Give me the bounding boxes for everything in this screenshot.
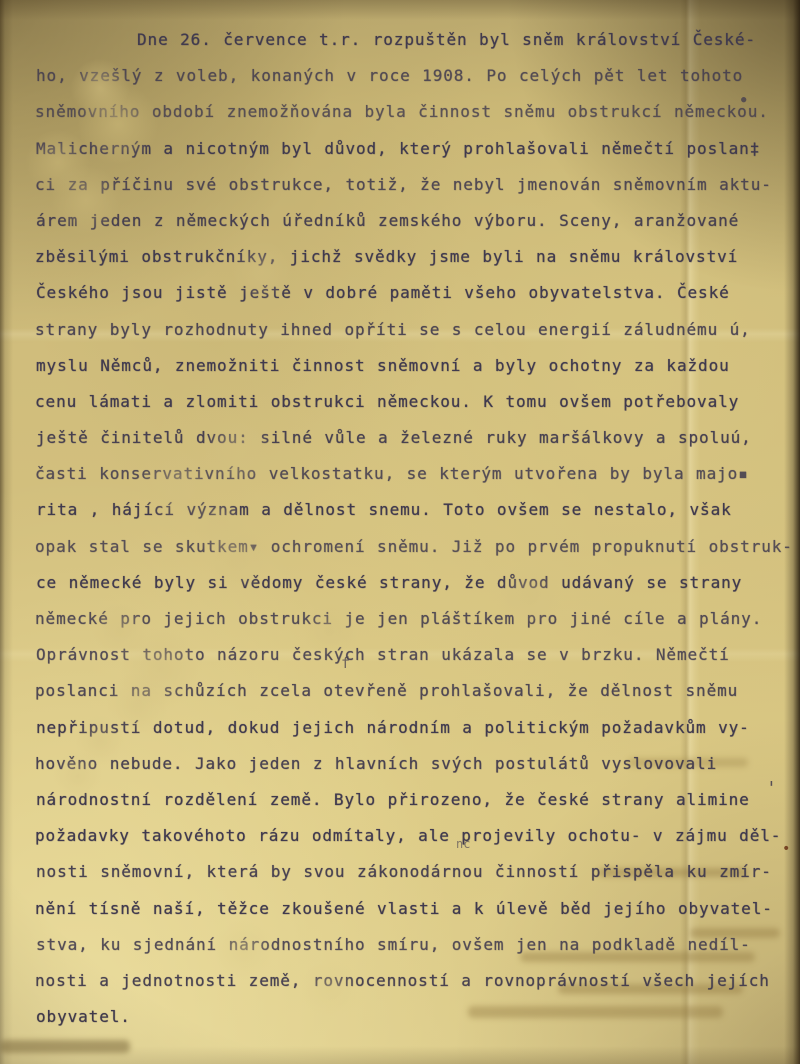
text-line: ce německé byly si vědomy české strany, …: [36, 565, 800, 601]
text-line: německé pro jejich obstrukci je jen pláš…: [35, 601, 800, 637]
text-line: Oprávnost tohoto názoru českých stran uk…: [36, 637, 800, 673]
text-line: obyvatel.: [36, 999, 800, 1035]
text-line: zběsilými obstrukčníky, jichž svědky jsm…: [35, 239, 800, 275]
text-line: poslanci na schůzích zcela otevřeně proh…: [35, 673, 800, 709]
text-line: Dne 26. července t.r. rozpuštěn byl sněm…: [35, 22, 800, 58]
text-line: nepřipustí dotud, dokud jejich národním …: [36, 710, 800, 746]
text-line: opak stal se skutkem▾ ochromení sněmu. J…: [35, 529, 800, 565]
paper-sheet: Dne 26. července t.r. rozpuštěn byl sněm…: [0, 0, 800, 1064]
text-line: ci za příčinu své obstrukce, totiž, že n…: [35, 167, 800, 203]
typewritten-text: Dne 26. července t.r. rozpuštěn byl sněm…: [35, 22, 800, 1035]
text-line: národnostní rozdělení země. Bylo přiroze…: [36, 782, 800, 818]
text-line: nosti a jednotnosti země, rovnocenností …: [35, 963, 800, 999]
text-line: požadavky takovéhoto rázu odmítaly, ale …: [35, 818, 800, 854]
text-line: časti konservativního velkostatku, se kt…: [35, 456, 800, 492]
text-line: hověno nebude. Jako jeden z hlavních svý…: [35, 746, 800, 782]
text-line: ho, vzešlý z voleb, konaných v roce 1908…: [36, 58, 800, 94]
text-line: sněmovního období znemožňována byla činn…: [35, 94, 800, 130]
text-line: Českého jsou jistě ještě v dobré paměti …: [36, 275, 800, 311]
text-line: Malicherným a nicotným byl důvod, který …: [36, 131, 800, 167]
text-line: cenu lámati a zlomiti obstrukci německou…: [35, 384, 800, 420]
text-line: nosti sněmovní, která by svou zákonodárn…: [36, 854, 800, 890]
text-line: ještě činitelů dvou: silné vůle a železn…: [36, 420, 800, 456]
text-line: strany byly rozhodnuty ihned opříti se s…: [35, 312, 800, 348]
text-line: rita , hájící význam a dělnost snemu. To…: [36, 492, 800, 528]
text-line: stva, ku sjednání národnostního smíru, o…: [36, 927, 800, 963]
text-line: myslu Němců, znemožniti činnost sněmovní…: [36, 348, 800, 384]
text-line: árem jeden z německých úředníků zemského…: [36, 203, 800, 239]
text-line: nění tísně naší, těžce zkoušené vlasti a…: [35, 891, 800, 927]
